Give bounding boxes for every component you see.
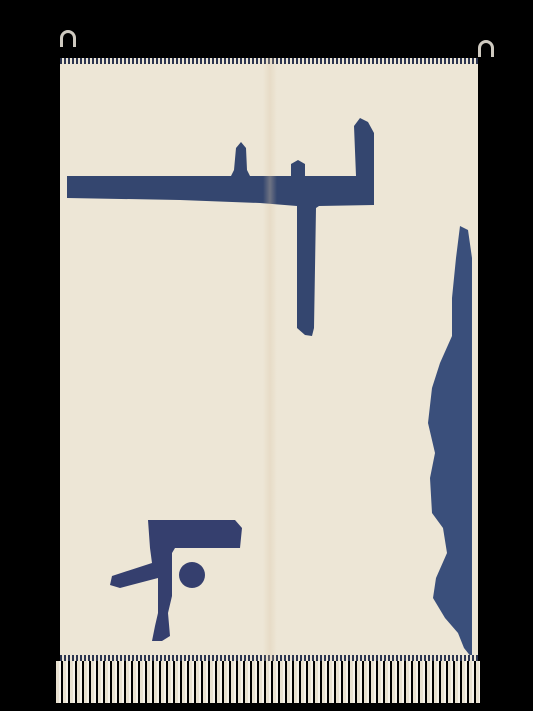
right-vertical-motif bbox=[428, 226, 472, 658]
rug-body bbox=[60, 58, 478, 661]
lower-glyph-motif bbox=[110, 520, 242, 641]
rug-motifs bbox=[60, 58, 478, 661]
horizontal-bar-motif bbox=[67, 118, 374, 336]
small-post-motif bbox=[230, 142, 251, 178]
dot-motif bbox=[179, 562, 205, 588]
corner-loop-right bbox=[478, 40, 494, 57]
corner-loop-left bbox=[60, 30, 76, 47]
bottom-fringe bbox=[56, 661, 480, 703]
